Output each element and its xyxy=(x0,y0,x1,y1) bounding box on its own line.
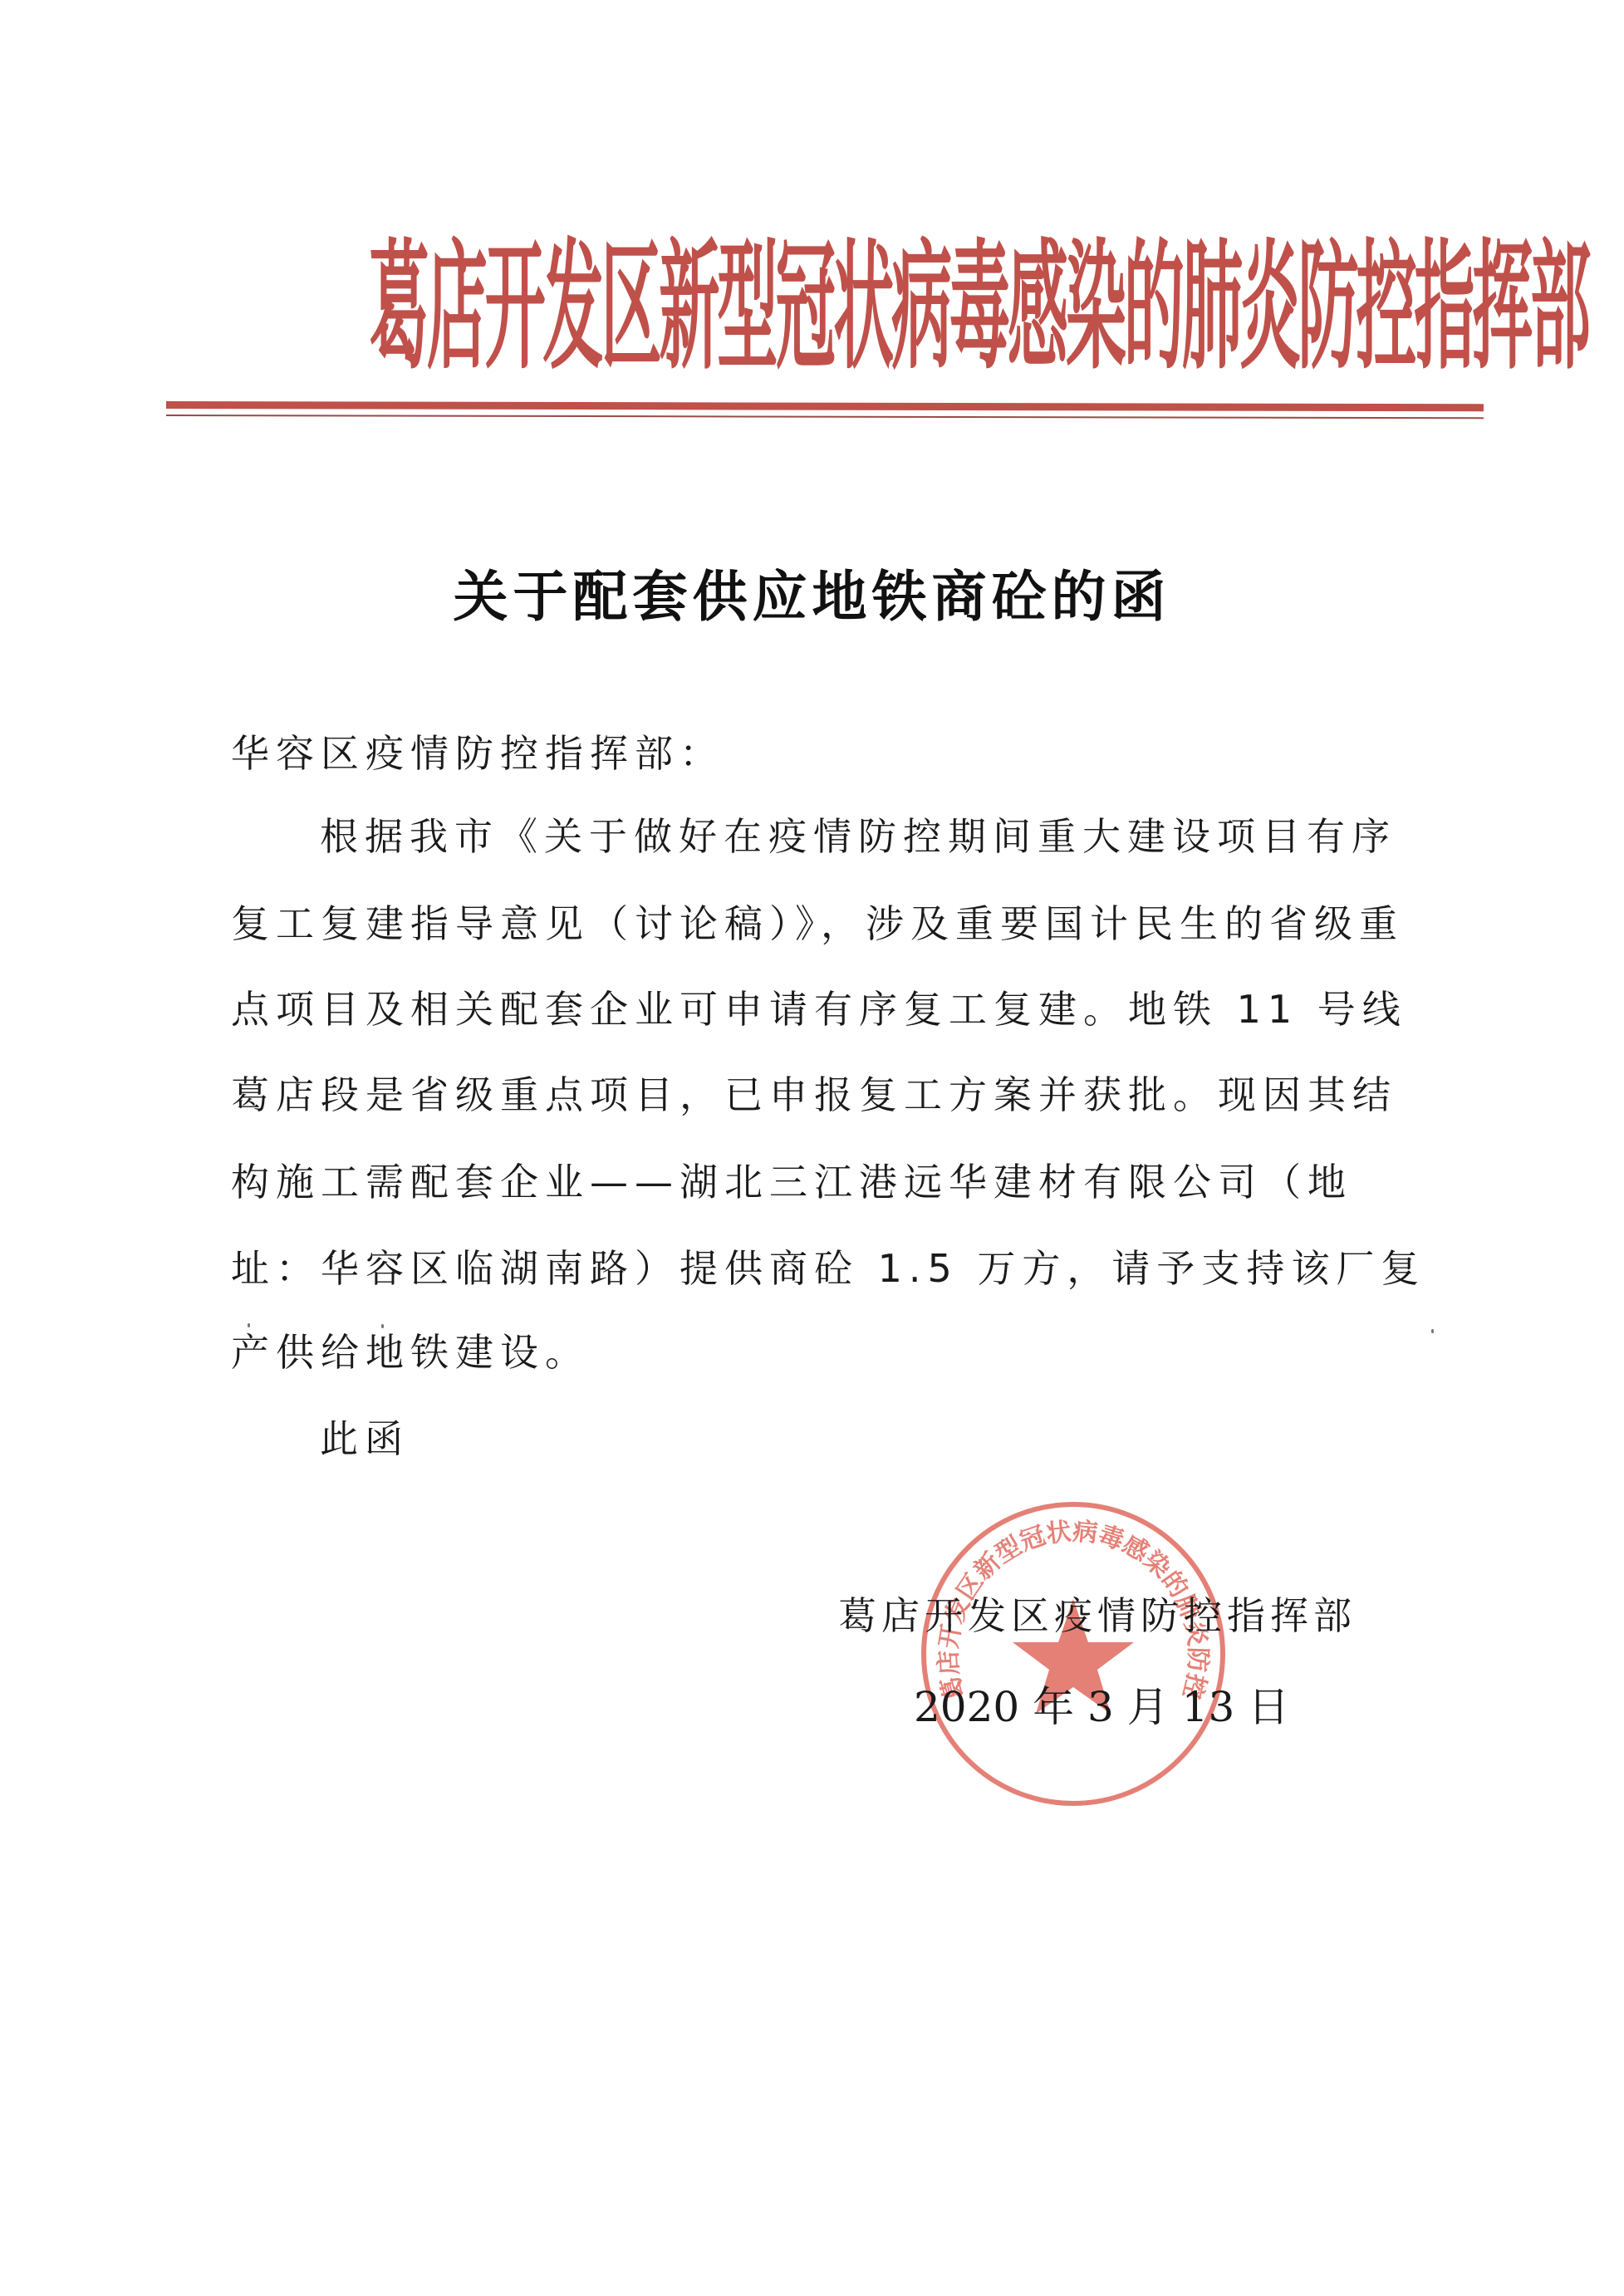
body-line: 复工复建指导意见（讨论稿）》，涉及重要国计民生的省级重 xyxy=(231,899,1377,949)
signature-organization: 葛店开发区疫情防控指挥部 xyxy=(838,1591,1237,1641)
scan-speck xyxy=(381,1324,384,1328)
seal-graphic: 葛店开发区新型冠状病毒感染的肺炎防控指挥部办公室 xyxy=(919,1499,1228,1808)
salutation: 华容区疫情防控指挥部： xyxy=(231,729,1377,778)
body-line: 产供给地铁建设。 xyxy=(231,1327,1377,1377)
body-line: 葛店段是省级重点项目，已申报复工方案并获批。现因其结 xyxy=(231,1070,1377,1120)
body-line: 点项目及相关配套企业可申请有序复工复建。地铁 11 号线 xyxy=(231,984,1377,1034)
issuer-header: 葛店开发区新型冠状病毒感染的肺炎防控指挥部 xyxy=(176,224,1480,390)
document-page: 葛店开发区新型冠状病毒感染的肺炎防控指挥部 关于配套供应地铁商砼的函 华容区疫情… xyxy=(0,0,1624,2296)
body-line: 根据我市《关于做好在疫情防控期间重大建设项目有序 xyxy=(320,812,1466,861)
scan-speck xyxy=(1431,1329,1434,1333)
body-line: 构施工需配套企业——湖北三江港远华建材有限公司（地 xyxy=(231,1157,1377,1207)
official-seal: 葛店开发区新型冠状病毒感染的肺炎防控指挥部办公室 xyxy=(919,1499,1228,1808)
document-title: 关于配套供应地铁商砼的函 xyxy=(0,563,1624,630)
header-rule-thick xyxy=(166,401,1484,411)
signature-date: 2020 年 3 月 13 日 xyxy=(914,1682,1180,1732)
body-line: 址：华容区临湖南路）提供商砼 1.5 万方，请予支持该厂复 xyxy=(231,1244,1377,1293)
closing: 此函 xyxy=(320,1414,1466,1464)
scan-speck xyxy=(248,1323,250,1327)
